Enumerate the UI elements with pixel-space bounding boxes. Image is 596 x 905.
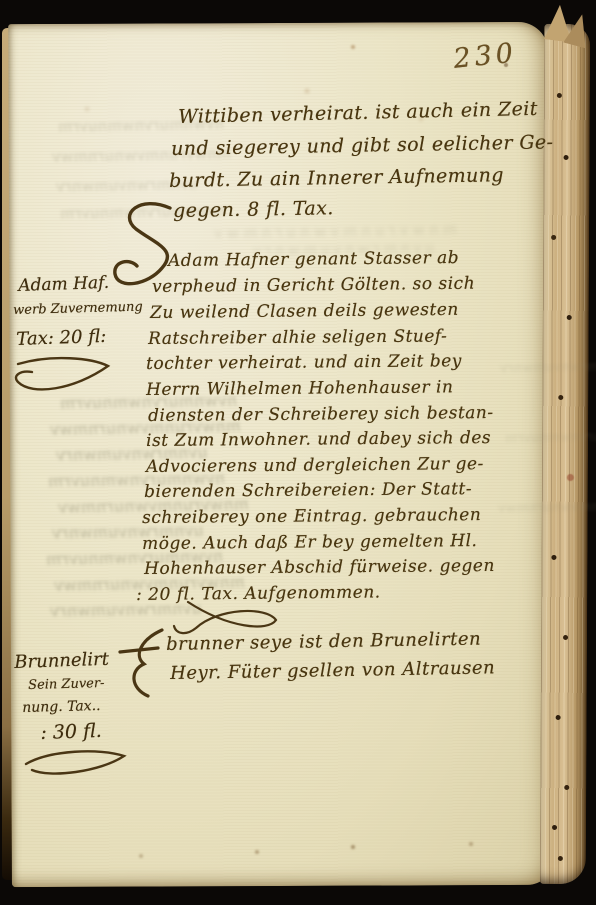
text-line: Ratschreiber alhie seligen Stuef- [148, 326, 447, 349]
text-line: Adam Haf. [18, 273, 110, 296]
bleedthrough-line: nvwnmurvnwmnuvrm [505, 429, 596, 447]
bleedthrough-line: mnwvrunmvwnurnmwv [498, 499, 596, 517]
text-line: Zu weilend Clasen deils gewesten [150, 300, 459, 323]
text-line: Advocierens und dergleichen Zur ge- [146, 454, 484, 477]
text-line: ist Zum Inwohner. und dabey sich des [146, 428, 491, 451]
text-line: Herrn Wilhelmen Hohenhauser in [146, 377, 453, 400]
bleedthrough-line: uvnmrwnvumwnrv [500, 359, 596, 376]
folio-number: 230 [452, 37, 518, 74]
text-line: diensten der Schreiberey sich bestan- [148, 403, 494, 426]
manuscript-photo: nvwnmurvnwmnuvrm mnwvrunmvwnurnmwv uvnmr… [0, 0, 596, 905]
text-line: gegen. 8 fl. Tax. [173, 197, 334, 222]
fore-edge-specks [544, 24, 547, 27]
text-line: nung. Tax.. [22, 698, 101, 716]
initial-brace [118, 626, 170, 700]
text-line: möge. Auch daß Er bey gemelten Hl. [142, 531, 478, 554]
text-line: Brunnelirt [14, 649, 109, 673]
text-line: Sein Zuver- [28, 676, 105, 693]
margin-flourish [10, 352, 120, 400]
text-line: tochter verheirat. und ain Zeit bey [146, 351, 462, 374]
margin-flourish [20, 742, 140, 782]
text-line: Adam Hafner genant Stasser ab [168, 248, 459, 271]
text-line: schreiberey one Eintrag. gebrauchen [142, 505, 481, 528]
text-line: : 30 fl. [40, 720, 102, 744]
text-line: Tax: 20 fl: [16, 326, 107, 350]
text-line: bierenden Schreibereien: Der Statt- [144, 479, 472, 502]
foxing-stains [0, 0, 2, 2]
text-line: verpheud in Gericht Gölten. so sich [152, 274, 475, 297]
text-line: Hohenhauser Abschid fürweise. gegen [144, 556, 495, 579]
